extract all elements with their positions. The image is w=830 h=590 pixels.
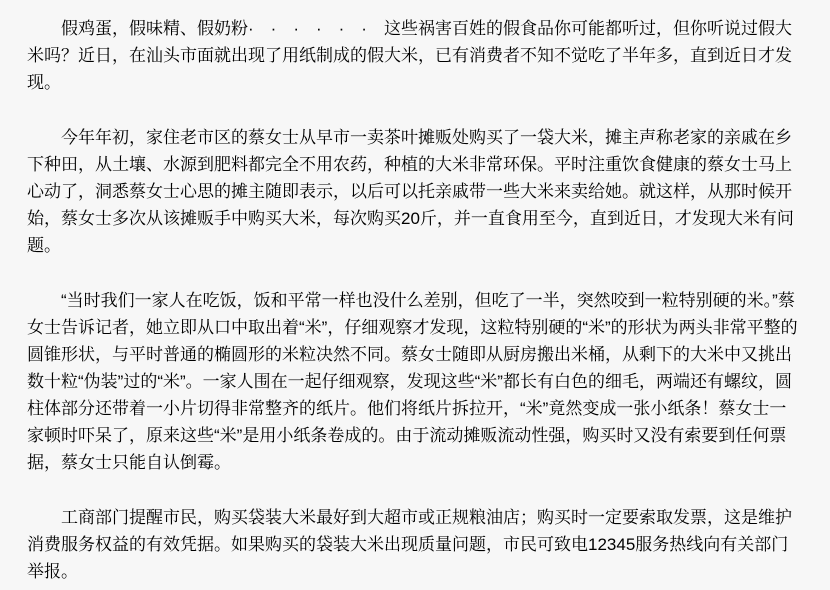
article-paragraph-discovery: “当时我们一家人在吃饭，饭和平常一样也没什么差别，但吃了一半，突然咬到一粒特别硬… [27, 287, 803, 476]
article-paragraph-purchase-story: 今年年初，家住老市区的蔡女士从早市一卖茶叶摊贩处购买了一袋大米，摊主声称老家的亲… [27, 124, 803, 259]
article-paragraph-official-advice: 工商部门提醒市民，购买袋装大米最好到大超市或正规粮油店；购买时一定要索取发票，这… [27, 504, 803, 585]
article-body: 假鸡蛋，假味精、假奶粉· · · · · · 这些祸害百姓的假食品你可能都听过，… [0, 0, 830, 585]
article-paragraph-intro: 假鸡蛋，假味精、假奶粉· · · · · · 这些祸害百姓的假食品你可能都听过，… [27, 15, 803, 96]
